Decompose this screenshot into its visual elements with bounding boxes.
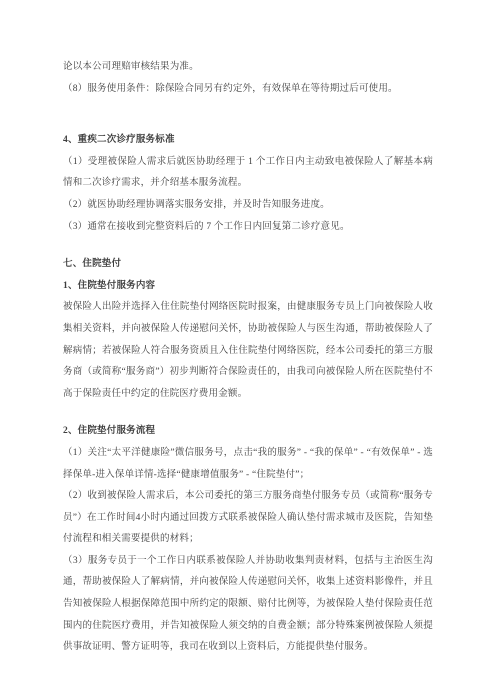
section-heading-advance-service-process: 2、住院垫付服务流程 [63,421,433,443]
section-heading-hospitalization-advance: 七、住院垫付 [63,254,433,276]
paragraph-process-item-3: （3）服务专员于一个工作日内联系被保险人并协助收集判责材料，包括与主治医生沟通，… [63,551,433,659]
document-page: 论以本公司理赔审核结果为准。 （8）服务使用条件：除保险合同另有约定外，有效保单… [0,0,495,700]
paragraph-advance-service-content: 被保险人出险并选择入住住院垫付网络医院时报案，由健康服务专员上门向被保险人收集相… [63,297,433,405]
paragraph-standard-item-3: （3）通常在接收到完整资料后的 7 个工作日内回复第二诊疗意见。 [63,217,433,239]
paragraph-process-item-1: （1）关注“太平洋健康险”微信服务号，点击“我的服务” - “我的保单” - “… [63,443,433,486]
paragraph-standard-item-1: （1）受理被保险人需求后就医协助经理于 1 个工作日内主动致电被保险人了解基本病… [63,152,433,195]
section-heading-second-opinion-standard: 4、重疾二次诊疗服务标准 [63,130,433,152]
paragraph-service-condition: （8）服务使用条件：除保险合同另有约定外，有效保单在等待期过后可使用。 [63,79,433,101]
paragraph-continuation: 论以本公司理赔审核结果为准。 [63,57,433,79]
section-heading-advance-service-content: 1、住院垫付服务内容 [63,276,433,298]
paragraph-process-item-2: （2）收到被保险人需求后，本公司委托的第三方服务商垫付服务专员（或简称“服务专员… [63,486,433,551]
paragraph-standard-item-2: （2）就医协助经理协调落实服务安排，并及时告知服务进度。 [63,195,433,217]
